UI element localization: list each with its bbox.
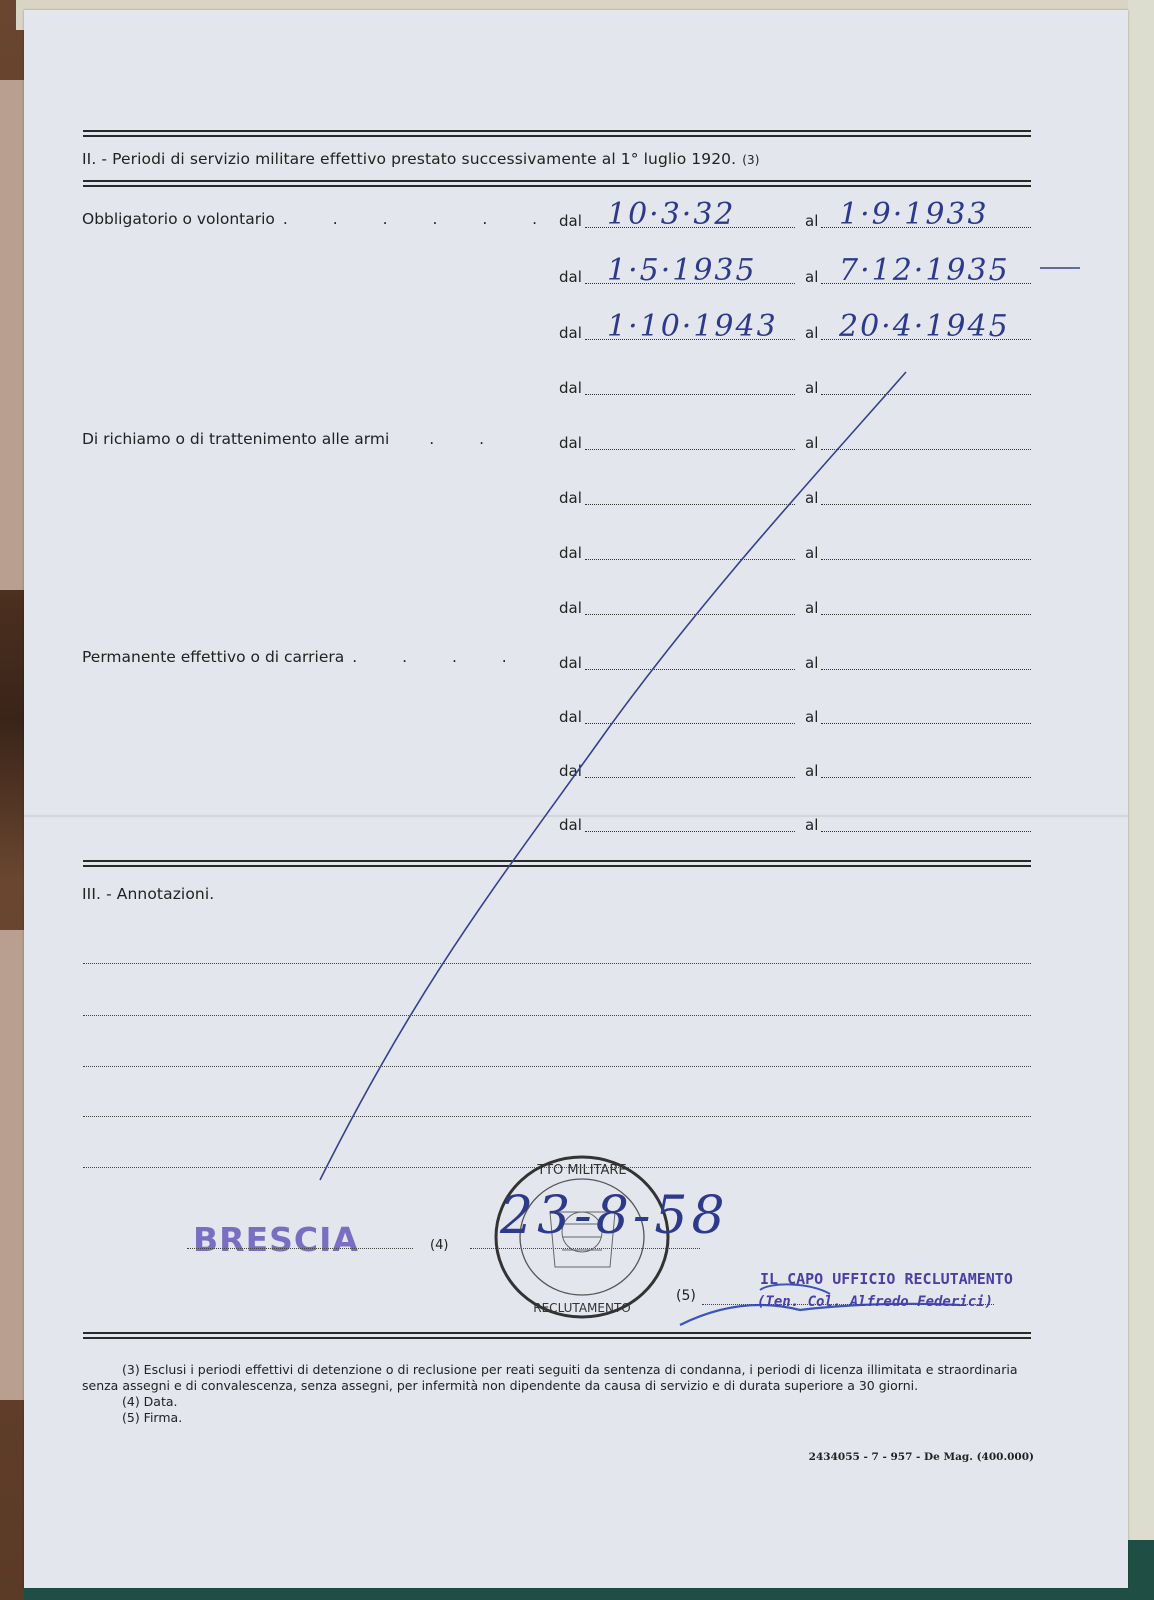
cancel-strike-line: [0, 0, 1154, 1600]
footnote-ref-5: (5): [676, 1288, 696, 1304]
footnote-3: (3) Esclusi i periodi effettivi di deten…: [82, 1362, 1032, 1394]
footnote-ref-4: (4): [430, 1238, 448, 1253]
footnote-4: (4) Data.: [82, 1394, 1032, 1410]
place-line: [187, 1248, 413, 1249]
place-stamp: BRESCIA: [193, 1220, 359, 1259]
svg-text:TTO MILITARE: TTO MILITARE: [536, 1163, 626, 1178]
printer-mark: 2434055 - 7 - 957 - De Mag. (400.000): [809, 1451, 1034, 1463]
officer-name-stamp: (Ten. Col. Alfredo Federici): [757, 1294, 993, 1310]
double-rule: [83, 1332, 1031, 1339]
footnote-3-text: (3) Esclusi i periodi effettivi di deten…: [82, 1362, 1017, 1393]
footnotes: (3) Esclusi i periodi effettivi di deten…: [82, 1362, 1032, 1426]
handwritten-date: 23-8-58: [500, 1186, 729, 1246]
footnote-5: (5) Firma.: [82, 1410, 1032, 1426]
officer-title-stamp: IL CAPO UFFICIO RECLUTAMENTO: [760, 1270, 1013, 1288]
svg-text:RECLUTAMENTO: RECLUTAMENTO: [533, 1301, 630, 1315]
